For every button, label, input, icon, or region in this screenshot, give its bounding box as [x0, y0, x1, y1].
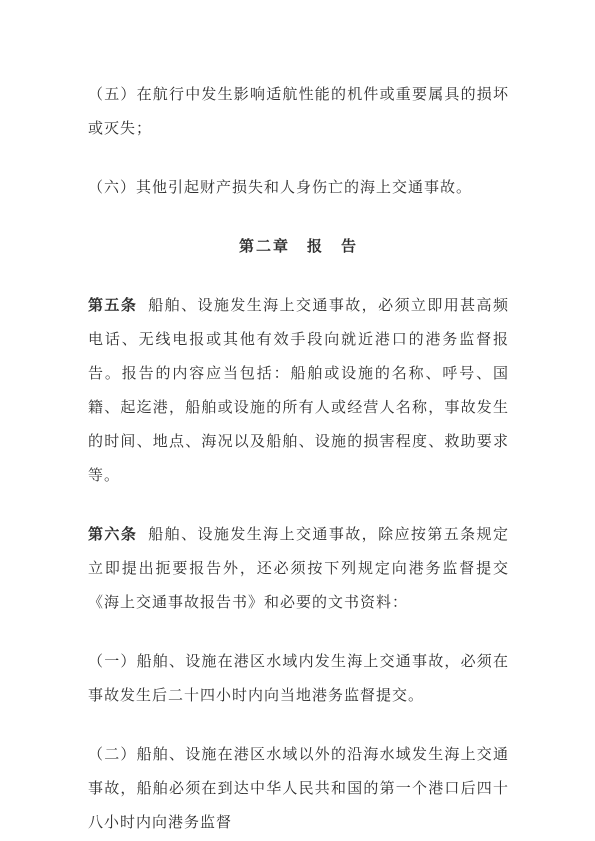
article-label-6: 第六条 — [88, 525, 137, 543]
chapter-heading: 第二章 报 告 — [88, 229, 509, 263]
list-item-2: （二）船舶、设施在港区水域以外的沿海水域发生海上交通事故，船舶必须在到达中华人民… — [88, 737, 509, 839]
article-text-5: 船舶、设施发生海上交通事故，必须立即用甚高频电话、无线电报或其他有效手段向就近港… — [88, 296, 509, 484]
article-paragraph-6: 第六条船舶、设施发生海上交通事故，除应按第五条规定立即提出扼要报告外，还必须按下… — [88, 517, 509, 619]
article-text-6: 船舶、设施发生海上交通事故，除应按第五条规定立即提出扼要报告外，还必须按下列规定… — [88, 525, 509, 611]
list-item-5: （五）在航行中发生影响适航性能的机件或重要属具的损坏或灭失； — [88, 77, 509, 145]
article-paragraph-5: 第五条船舶、设施发生海上交通事故，必须立即用甚高频电话、无线电报或其他有效手段向… — [88, 288, 509, 492]
list-item-1: （一）船舶、设施在港区水域内发生海上交通事故，必须在事故发生后二十四小时内向当地… — [88, 644, 509, 712]
article-label-5: 第五条 — [88, 296, 137, 314]
list-item-6: （六）其他引起财产损失和人身伤亡的海上交通事故。 — [88, 170, 509, 204]
document-page: （五）在航行中发生影响适航性能的机件或重要属具的损坏或灭失； （六）其他引起财产… — [0, 0, 595, 841]
